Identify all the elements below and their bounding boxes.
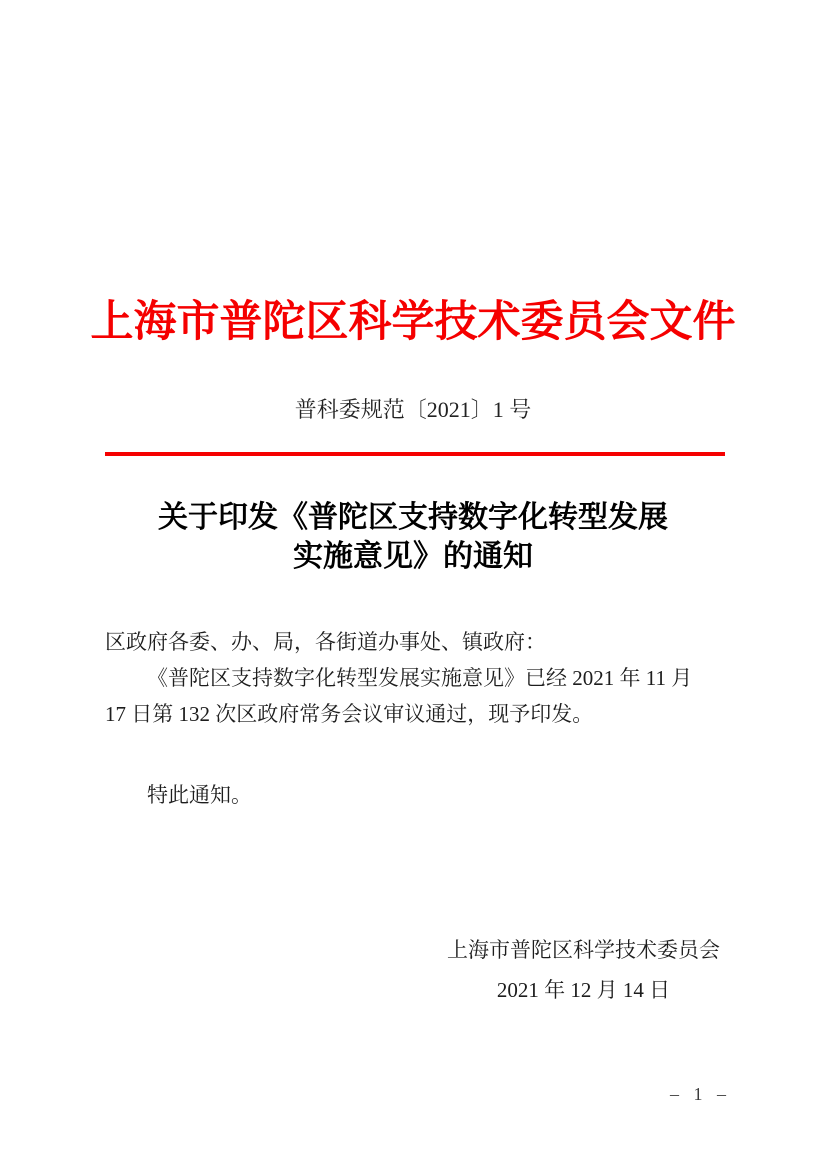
closing-note: 特此通知。 [105, 777, 735, 813]
page-number: – 1 – [670, 1082, 727, 1106]
signature-date: 2021 年 12 月 14 日 [447, 972, 720, 1008]
body-paragraph-line: 《普陀区支持数字化转型发展实施意见》已经 2021 年 11 月 [105, 660, 735, 696]
red-divider-line [105, 452, 725, 456]
signature-org: 上海市普陀区科学技术委员会 [447, 932, 720, 968]
notice-title: 关于印发《普陀区支持数字化转型发展 实施意见》的通知 [0, 498, 826, 576]
signature-inner: 上海市普陀区科学技术委员会 2021 年 12 月 14 日 [447, 932, 720, 1008]
signature-block: 上海市普陀区科学技术委员会 2021 年 12 月 14 日 [447, 932, 720, 1008]
document-number: 普科委规范〔2021〕1 号 [0, 395, 826, 425]
notice-title-line-2: 实施意见》的通知 [0, 537, 826, 576]
document-page: 上海市普陀区科学技术委员会文件 普科委规范〔2021〕1 号 关于印发《普陀区支… [0, 0, 826, 1169]
letterhead-title: 上海市普陀区科学技术委员会文件 [0, 295, 826, 351]
body-paragraph-line: 17 日第 132 次区政府常务会议审议通过，现予印发。 [105, 696, 735, 732]
salutation: 区政府各委、办、局，各街道办事处、镇政府： [105, 624, 735, 660]
notice-title-line-1: 关于印发《普陀区支持数字化转型发展 [0, 498, 826, 537]
body-text: 区政府各委、办、局，各街道办事处、镇政府： 《普陀区支持数字化转型发展实施意见》… [105, 624, 735, 732]
